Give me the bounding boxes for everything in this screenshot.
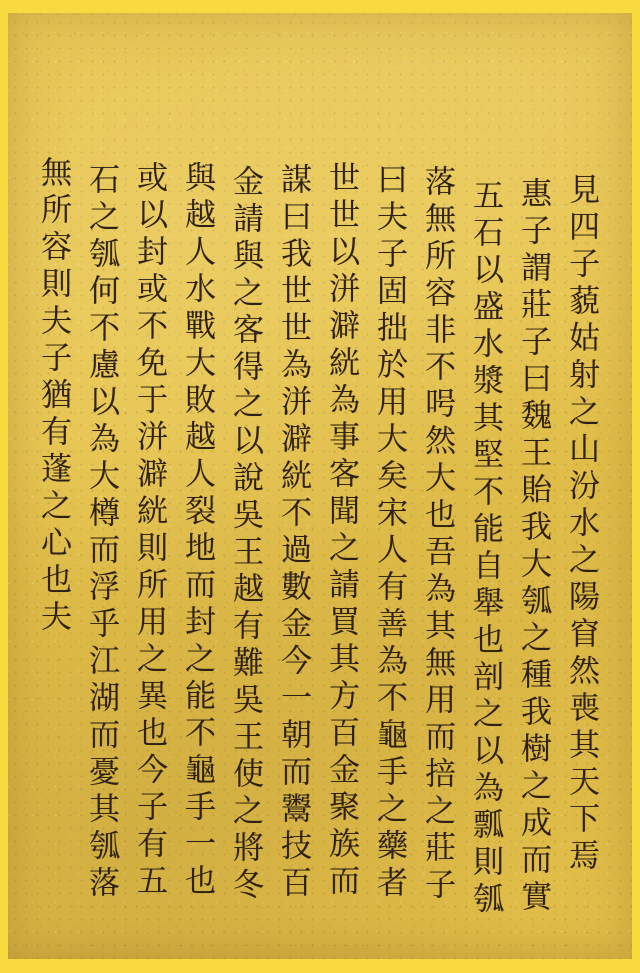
text-column: 無所容則夫子猶有蓬之心也夫 bbox=[37, 156, 68, 946]
text-column: 落無所容非不呺然大也吾為其無用而掊之莊子 bbox=[421, 165, 452, 946]
text-column: 惠子謂莊子曰魏王貽我大瓠之種我樹之成而實 bbox=[517, 177, 548, 946]
text-column: 或以封或不免于洴澼絖則所用之異也今子有五 bbox=[133, 161, 164, 946]
text-column: 見四子藐姑射之山汾水之陽窅然喪其天下焉 bbox=[565, 173, 596, 946]
text-column: 與越人水戰大敗越人裂地而封之能不龜手一也 bbox=[181, 161, 212, 946]
text-column: 五石以盛水漿其堅不能自舉也剖之以為瓢則瓠 bbox=[469, 179, 500, 946]
text-column: 謀曰我世世為洴澼絖不過數金今一朝而鬻技百 bbox=[277, 163, 308, 946]
manuscript-photo: 見四子藐姑射之山汾水之陽窅然喪其天下焉惠子謂莊子曰魏王貽我大瓠之種我樹之成而實五… bbox=[0, 0, 640, 973]
text-column: 石之瓠何不慮以為大樽而浮乎江湖而憂其瓠落 bbox=[85, 163, 116, 946]
text-column: 世世以洴澼絖為事客聞之請買其方百金聚族而 bbox=[325, 161, 356, 946]
text-column: 曰夫子固拙於用大矣宋人有善為不龜手之藥者 bbox=[373, 163, 404, 946]
text-column: 金請與之客得之以說吳王越有難吳王使之將冬 bbox=[229, 165, 260, 946]
calligraphy-text-block: 見四子藐姑射之山汾水之陽窅然喪其天下焉惠子謂莊子曰魏王貽我大瓠之種我樹之成而實五… bbox=[20, 156, 596, 946]
paper-leaf: 見四子藐姑射之山汾水之陽窅然喪其天下焉惠子謂莊子曰魏王貽我大瓠之種我樹之成而實五… bbox=[8, 13, 632, 959]
